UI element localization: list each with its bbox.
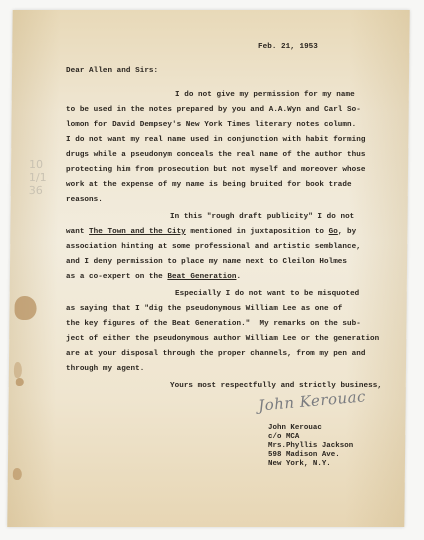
text-line: In this "rough draft publicity" I do not	[170, 213, 354, 221]
text-line: the key figures of the Beat Generation."…	[66, 320, 361, 328]
text-line: drugs while a pseudonym conceals the rea…	[66, 151, 365, 159]
text-line: as saying that I "dig the pseudonymous W…	[66, 305, 342, 313]
text-line: Especially I do not want to be misquoted	[175, 290, 359, 298]
stain	[16, 378, 24, 386]
book-title: Beat Generation	[167, 273, 236, 281]
text: want	[66, 228, 89, 236]
text-line: want The Town and the City mentioned in …	[66, 228, 356, 236]
stain	[14, 296, 36, 320]
letter-date: Feb. 21, 1953	[258, 43, 318, 51]
text-line: are at your disposal through the proper …	[66, 350, 365, 358]
address-line: c/o MCA	[268, 433, 299, 441]
address-line: New York, N.Y.	[268, 460, 331, 468]
pencil-mark: 10	[29, 158, 47, 171]
text-line: I do not give my permission for my name	[175, 91, 355, 99]
salutation: Dear Allen and Sirs:	[66, 67, 158, 75]
text-line: and I deny permission to place my name n…	[66, 258, 347, 266]
text-line: ject of either the pseudonymous author W…	[66, 335, 379, 343]
book-title: Go	[329, 228, 338, 236]
address-line: Mrs.Phyllis Jackson	[268, 442, 353, 450]
text-line: reasons.	[66, 196, 103, 204]
text-line: work at the expense of my name is being …	[66, 181, 352, 189]
address-line: John Kerouac	[268, 424, 322, 432]
text: as a co-expert on the	[66, 273, 167, 281]
pencil-mark: 36	[29, 184, 47, 197]
stain	[13, 468, 22, 480]
text-line: association hinting at some professional…	[66, 243, 361, 251]
text-line: protecting him from prosecution but not …	[66, 166, 365, 174]
pencil-annotation: 10 1/1 36	[29, 158, 47, 197]
text: , by	[338, 228, 356, 236]
text-line: as a co-expert on the Beat Generation.	[66, 273, 241, 281]
pencil-mark: 1/1	[29, 171, 47, 184]
text-line: through my agent.	[66, 365, 144, 373]
book-title: The Town and the City	[89, 228, 186, 236]
text: .	[236, 273, 241, 281]
text-line: lomon for David Dempsey's New York Times…	[66, 121, 356, 129]
text: mentioned in juxtaposition to	[186, 228, 329, 236]
stain	[14, 362, 22, 378]
text-line: to be used in the notes prepared by you …	[66, 106, 361, 114]
address-line: 598 Madison Ave.	[268, 451, 340, 459]
text-line: I do not want my real name used in conju…	[66, 136, 365, 144]
